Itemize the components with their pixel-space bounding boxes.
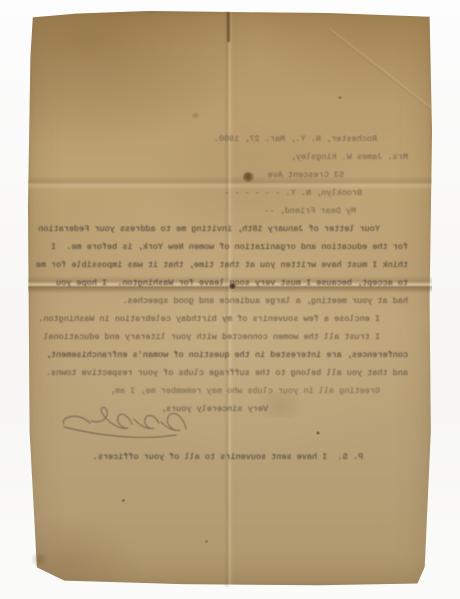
letter-text-mirrored: Rochester, N. Y., Mar. 27, 1900.Mrs. Jam… bbox=[42, 130, 408, 490]
recipient-city: Brooklyn, N. Y. - - - - - - bbox=[42, 184, 408, 202]
body-line-9: and that you all belong to the suffrage … bbox=[42, 364, 408, 382]
postscript-line: P. S. I have sent souvenirs to all of yo… bbox=[42, 448, 408, 466]
fold-notch-top bbox=[227, 12, 230, 42]
body-line-4: to accept, because I must very soon leav… bbox=[42, 274, 408, 292]
handwritten-signature bbox=[56, 402, 194, 442]
body-line-1: Your letter of January 18th, inviting me… bbox=[42, 220, 408, 238]
body-line-10: Greeting all in your clubs who may remem… bbox=[42, 382, 408, 400]
letter-photo: Rochester, N. Y., Mar. 27, 1900.Mrs. Jam… bbox=[0, 0, 460, 599]
body-line-6: I enclose a few souvenirs of my birthday… bbox=[42, 310, 408, 328]
date-line: Rochester, N. Y., Mar. 27, 1900. bbox=[42, 130, 408, 148]
recipient-name: Mrs. James W. Kingsley, bbox=[42, 148, 408, 166]
body-line-5: had at your meeting, a large audience an… bbox=[42, 292, 408, 310]
body-line-2: for the education and organization of wo… bbox=[42, 238, 408, 256]
recipient-street: 53 Crescent Ave bbox=[42, 166, 408, 184]
body-line-3: think I must have written you at that ti… bbox=[42, 256, 408, 274]
body-line-7: I trust all the women connected with you… bbox=[42, 328, 408, 346]
body-line-8: conferences, are interested in the quest… bbox=[42, 346, 408, 364]
salutation: My Dear Friend, -- bbox=[42, 202, 408, 220]
signature-stroke bbox=[56, 402, 194, 442]
